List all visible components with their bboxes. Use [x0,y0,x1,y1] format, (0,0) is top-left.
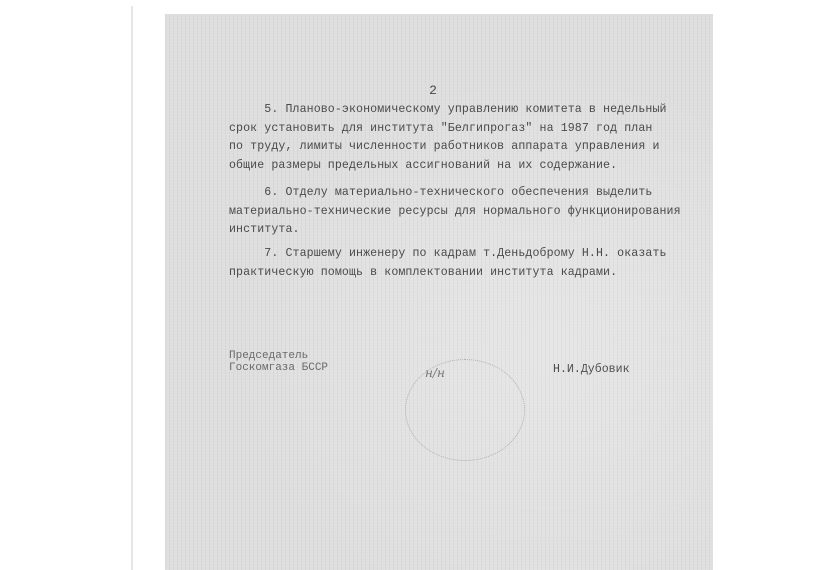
paragraph-line: срок установить для института "Белгипрог… [229,120,709,139]
signatory-title-line: Председатель [229,350,328,362]
paragraph-6: 6. Отделу материально-технического обесп… [229,184,709,240]
paragraph-line: института. [229,221,709,240]
paragraph-line: материально-технические ресурсы для норм… [229,203,709,222]
paragraph-5: 5. Планово-экономическому управлению ком… [229,101,709,175]
paragraph-7: 7. Старшему инженеру по кадрам т.Деньдоб… [229,245,709,282]
paragraph-line: 6. Отделу материально-технического обесп… [229,184,709,203]
paragraph-line: 7. Старшему инженеру по кадрам т.Деньдоб… [229,245,709,264]
paragraph-line: общие размеры предельных ассигнований на… [229,157,709,176]
paragraph-line: 5. Планово-экономическому управлению ком… [229,101,709,120]
scan-margin-line [131,6,133,570]
paragraph-line: практическую помощь в комплектовании инс… [229,264,709,283]
handwritten-initials: н/н [425,366,445,380]
signatory-name: Н.И.Дубовик [553,363,630,376]
paragraph-line: по труду, лимиты численности работников … [229,138,709,157]
official-stamp [405,359,525,461]
page-number: 2 [159,83,707,98]
signatory-title: ПредседательГоскомгаза БССР [229,350,328,374]
signatory-title-line: Госкомгаза БССР [229,362,328,374]
document-page: 2 5. Планово-экономическому управлению к… [165,14,713,570]
